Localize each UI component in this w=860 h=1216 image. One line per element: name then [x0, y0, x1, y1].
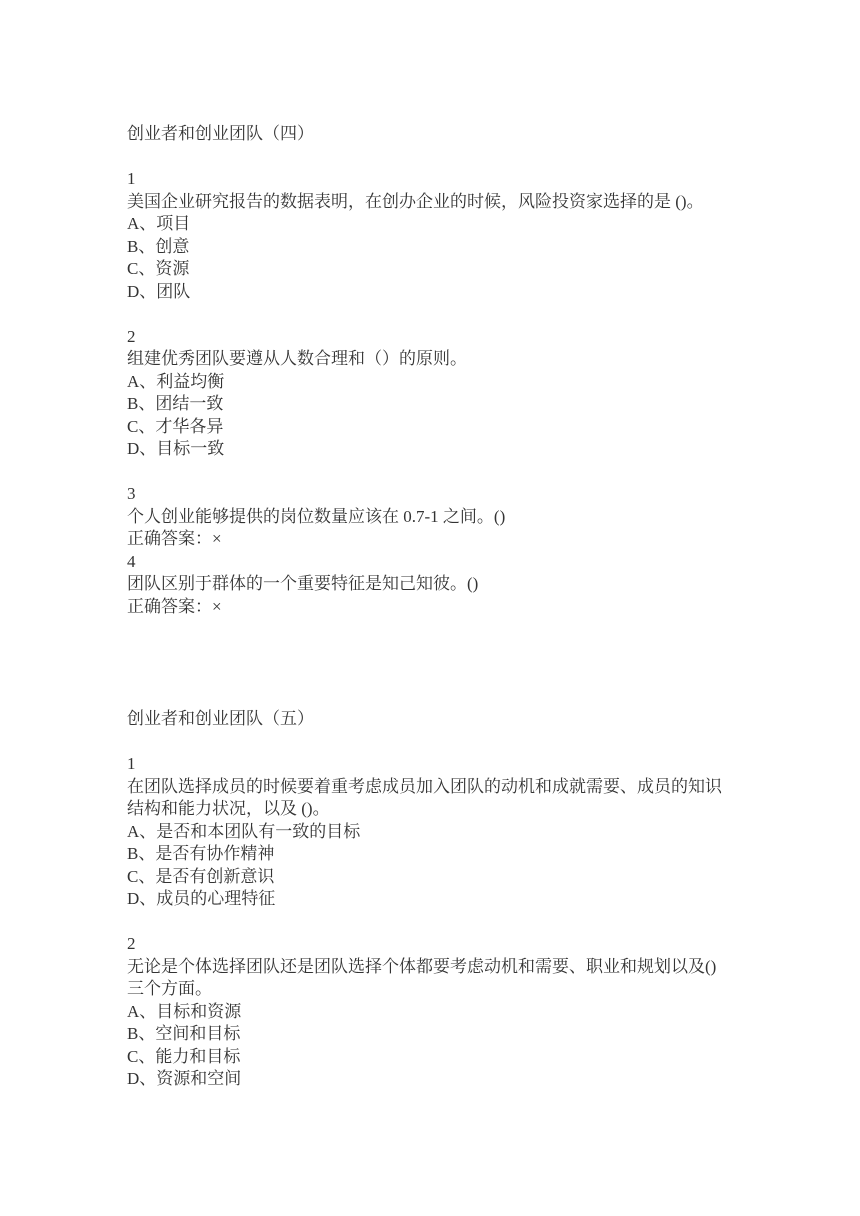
question-section-5: 创业者和创业团队（五） 1 在团队选择成员的时候要着重考虑成员加入团队的动机和成… [127, 708, 740, 1091]
answer-line: 正确答案：× [127, 596, 740, 619]
question-text: 团队区别于群体的一个重要特征是知己知彼。() [127, 573, 740, 596]
choice-option-d: D、成员的心理特征 [127, 888, 740, 911]
question-text: 三个方面。 [127, 978, 740, 1001]
choice-option-b: B、空间和目标 [127, 1023, 740, 1046]
question-block: 4 团队区别于群体的一个重要特征是知己知彼。() 正确答案：× [127, 551, 740, 619]
section-title: 创业者和创业团队（五） [127, 708, 740, 731]
choice-option-b: B、是否有协作精神 [127, 843, 740, 866]
choice-option-a: A、项目 [127, 213, 740, 236]
answer-label: 正确答案： [127, 597, 212, 616]
choice-option-c: C、能力和目标 [127, 1046, 740, 1069]
choice-option-a: A、目标和资源 [127, 1001, 740, 1024]
question-text: 美国企业研究报告的数据表明，在创办企业的时候，风险投资家选择的是 ()。 [127, 191, 740, 214]
question-number: 3 [127, 483, 740, 506]
question-number: 1 [127, 753, 740, 776]
question-number: 1 [127, 168, 740, 191]
question-text: 无论是个体选择团队还是团队选择个体都要考虑动机和需要、职业和规划以及() [127, 956, 740, 979]
choice-option-b: B、创意 [127, 236, 740, 259]
question-text: 个人创业能够提供的岗位数量应该在 0.7-1 之间。() [127, 506, 740, 529]
question-text: 在团队选择成员的时候要着重考虑成员加入团队的动机和成就需要、成员的知识 [127, 776, 740, 799]
question-block: 2 无论是个体选择团队还是团队选择个体都要考虑动机和需要、职业和规划以及() 三… [127, 933, 740, 1091]
answer-line: 正确答案：× [127, 528, 740, 551]
choice-option-a: A、是否和本团队有一致的目标 [127, 821, 740, 844]
answer-label: 正确答案： [127, 529, 212, 548]
choice-option-c: C、是否有创新意识 [127, 866, 740, 889]
choice-option-d: D、资源和空间 [127, 1068, 740, 1091]
document-page: 创业者和创业团队（四） 1 美国企业研究报告的数据表明，在创办企业的时候，风险投… [0, 0, 860, 1216]
question-block: 1 在团队选择成员的时候要着重考虑成员加入团队的动机和成就需要、成员的知识 结构… [127, 753, 740, 911]
choice-option-a: A、利益均衡 [127, 371, 740, 394]
question-number: 2 [127, 933, 740, 956]
question-section-4: 创业者和创业团队（四） 1 美国企业研究报告的数据表明，在创办企业的时候，风险投… [127, 123, 740, 618]
question-block: 1 美国企业研究报告的数据表明，在创办企业的时候，风险投资家选择的是 ()。 A… [127, 168, 740, 303]
question-block: 3 个人创业能够提供的岗位数量应该在 0.7-1 之间。() 正确答案：× [127, 483, 740, 551]
choice-option-c: C、才华各异 [127, 416, 740, 439]
choice-option-d: D、团队 [127, 281, 740, 304]
question-text: 组建优秀团队要遵从人数合理和（）的原则。 [127, 348, 740, 371]
question-number: 2 [127, 326, 740, 349]
question-block: 2 组建优秀团队要遵从人数合理和（）的原则。 A、利益均衡 B、团结一致 C、才… [127, 326, 740, 461]
question-number: 4 [127, 551, 740, 574]
answer-mark: × [212, 529, 222, 548]
section-title: 创业者和创业团队（四） [127, 123, 740, 146]
choice-option-b: B、团结一致 [127, 393, 740, 416]
choice-option-d: D、目标一致 [127, 438, 740, 461]
question-text: 结构和能力状况，以及 ()。 [127, 798, 740, 821]
answer-mark: × [212, 597, 222, 616]
choice-option-c: C、资源 [127, 258, 740, 281]
